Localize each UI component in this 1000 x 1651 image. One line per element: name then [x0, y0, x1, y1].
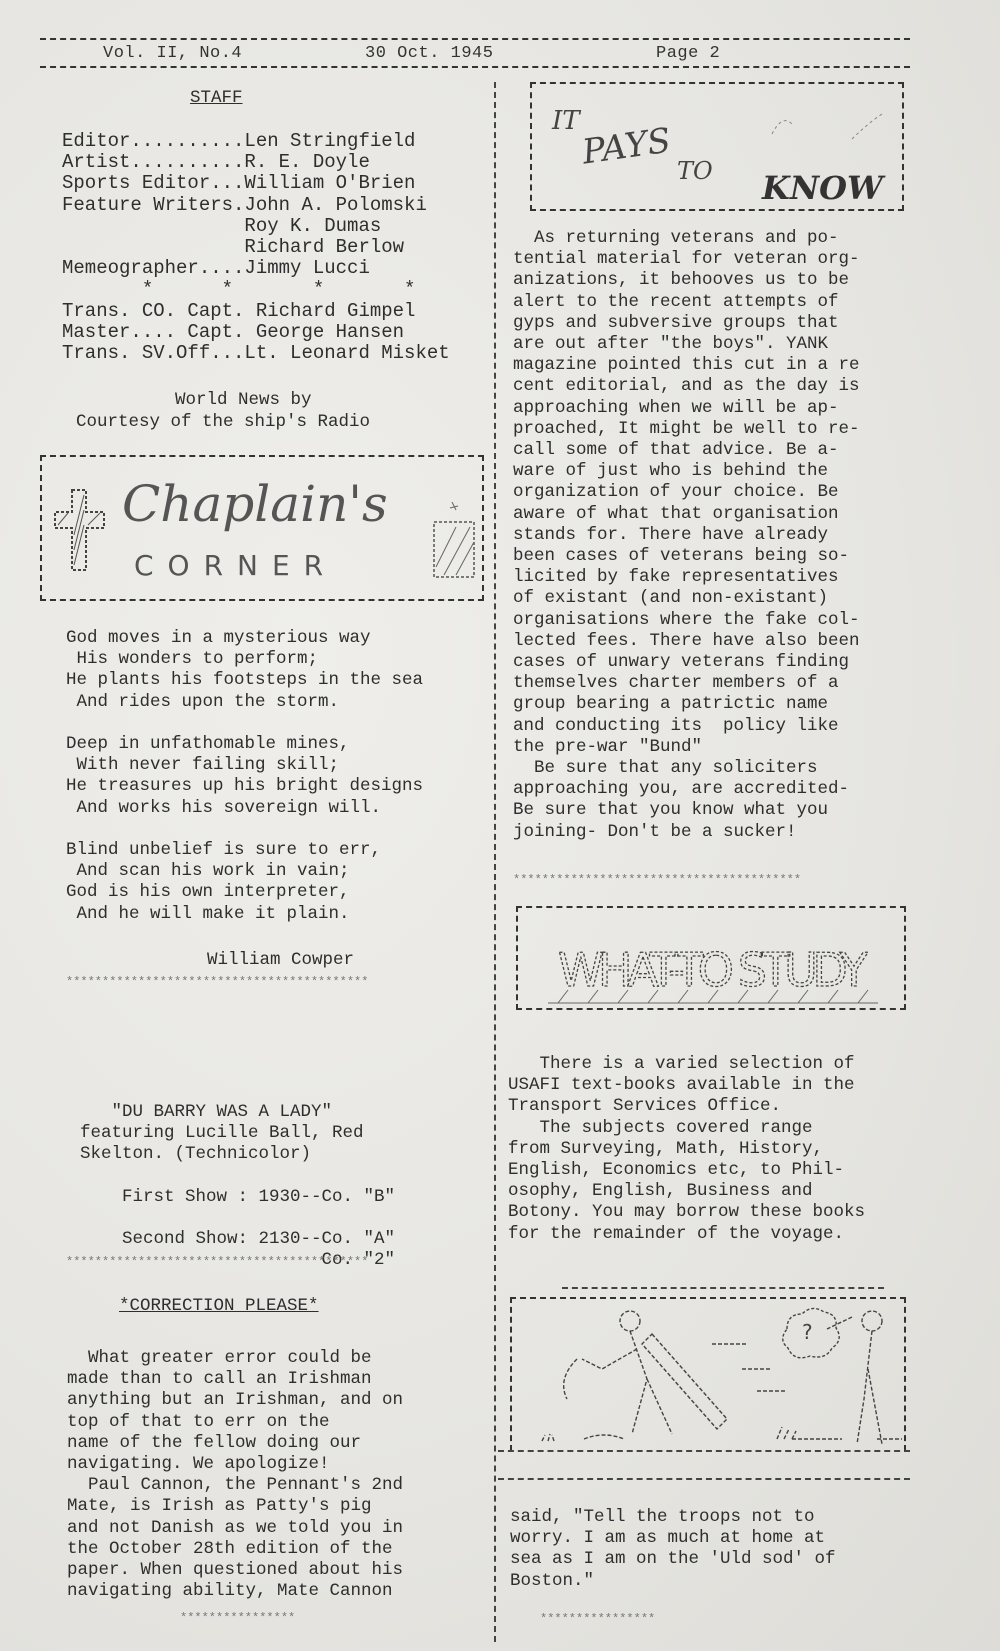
staff-heading: STAFF: [190, 88, 243, 108]
newsletter-page: Vol. II, No.4 30 Oct. 1945 Page 2 STAFF …: [0, 0, 1000, 1651]
poem-line: God is his own interpreter,: [66, 882, 350, 902]
veterans-article-line: call some of that advice. Be a-: [513, 440, 839, 460]
correction-line: What greater error could be: [67, 1348, 372, 1368]
movie-line: featuring Lucille Ball, Red: [80, 1123, 364, 1143]
study-article-line: USAFI text-books available in the: [508, 1075, 855, 1095]
poem-line: And works his sovereign will.: [66, 798, 381, 818]
poem-line: And rides upon the storm.: [66, 692, 339, 712]
svg-text:KNOW: KNOW: [761, 169, 886, 207]
poem-line: And he will make it plain.: [66, 904, 350, 924]
veterans-article-line: group bearing a patrictic name: [513, 694, 828, 714]
veterans-article-line: themselves charter members of a: [513, 673, 839, 693]
continuation-top-rule: [498, 1478, 910, 1480]
poem-author: William Cowper: [207, 950, 354, 970]
cartoon-drawing: ?: [512, 1299, 904, 1451]
banner-caps-text: CORNER: [134, 549, 337, 582]
staff-line: Sports Editor...William O'Brien: [62, 173, 415, 193]
veterans-article-line: lected fees. There have also been: [513, 631, 860, 651]
staff-line: Master.... Capt. George Hansen: [62, 322, 404, 342]
veterans-article-line: stands for. There have already: [513, 525, 828, 545]
poem-line: He treasures up his bright designs: [66, 776, 423, 796]
banner-script-text: Chaplain's: [122, 475, 388, 533]
veterans-article-line: been cases of veterans being so-: [513, 546, 849, 566]
staff-line: Memeographer....Jimmy Lucci: [62, 258, 370, 278]
continuation-line: worry. I am as much at home at: [510, 1528, 825, 1548]
veterans-article-line: organization of your choice. Be: [513, 482, 839, 502]
movie-line: Skelton. (Technicolor): [80, 1144, 311, 1164]
poem-line: Blind unbelief is sure to err,: [66, 840, 381, 860]
section-divider: ****************: [540, 1612, 800, 1626]
veterans-article-line: magazine pointed this cut in a re: [513, 355, 860, 375]
staff-line: Trans. SV.Off...Lt. Leonard Misket: [62, 343, 450, 363]
veterans-article-line: aware of what that organisation: [513, 504, 839, 524]
staff-line: Editor..........Len Stringfield: [62, 131, 415, 151]
svg-text:WHAT-TO STUDY: WHAT-TO STUDY: [558, 943, 869, 997]
veterans-article-line: proached, It might be well to re-: [513, 419, 860, 439]
veterans-article-line: alert to the recent attempts of: [513, 292, 839, 312]
poem-line: God moves in a mysterious way: [66, 628, 371, 648]
staff-line: * * * *: [62, 279, 415, 299]
correction-line: name of the fellow doing our: [67, 1433, 361, 1453]
correction-line: and not Danish as we told you in: [67, 1518, 403, 1538]
what-to-study-banner: WHAT-TO STUDY: [516, 906, 906, 1010]
veterans-article-line: tential material for veteran org-: [513, 249, 860, 269]
movie-line: "DU BARRY WAS A LADY": [80, 1102, 332, 1122]
veterans-article-line: and conducting its policy like: [513, 716, 839, 736]
correction-line: top of that to err on the: [67, 1412, 330, 1432]
veterans-article-line: anizations, it behooves us to be: [513, 270, 849, 290]
continuation-line: sea as I am on the 'Uld sod' of: [510, 1549, 836, 1569]
svg-text:IT: IT: [551, 106, 581, 136]
staff-line: Feature Writers.John A. Polomski: [62, 195, 427, 215]
thought-bubble-icon: ?: [783, 1308, 839, 1357]
section-divider: ****************************************: [513, 873, 918, 887]
veterans-article-line: the pre-war "Bund": [513, 737, 702, 757]
veterans-article-line: cases of unwary veterans finding: [513, 652, 849, 672]
study-article-line: There is a varied selection of: [508, 1054, 855, 1074]
staff-line: Richard Berlow: [62, 237, 404, 257]
veterans-article-line: cent editorial, and as the day is: [513, 376, 860, 396]
veterans-article-line: As returning veterans and po-: [513, 228, 839, 248]
veterans-article-line: joining- Don't be a sucker!: [513, 822, 797, 842]
poem-line: His wonders to perform;: [66, 649, 318, 669]
poem-line: He plants his footsteps in the sea: [66, 670, 423, 690]
radio-credit: Courtesy of the ship's Radio: [76, 412, 370, 432]
veterans-article-line: approaching you, are accredited-: [513, 779, 849, 799]
veterans-article-line: of existant (and non-existant): [513, 588, 828, 608]
volume-number: Vol. II, No.4: [103, 44, 242, 63]
section-divider: ****************: [180, 1611, 440, 1625]
correction-line: paper. When questioned about his: [67, 1560, 403, 1580]
correction-line: Mate, is Irish as Patty's pig: [67, 1496, 372, 1516]
movie-line: Second Show: 2130--Co. "A": [80, 1229, 395, 1249]
study-article-line: The subjects covered range: [508, 1118, 813, 1138]
it-pays-to-know-lettering: IT PAYS TO KNOW: [532, 84, 902, 209]
staff-line: Trans. CO. Capt. Richard Gimpel: [62, 301, 415, 321]
veterans-article-line: Be sure that you know what you: [513, 800, 828, 820]
page-number: Page 2: [656, 44, 720, 63]
cartoon-panel: ?: [510, 1297, 906, 1451]
cartoon-bottom-rule: [498, 1450, 910, 1452]
staff-line: Artist..........R. E. Doyle: [62, 152, 370, 172]
continuation-line: said, "Tell the troops not to: [510, 1507, 815, 1527]
study-article-line: osophy, English, Business and: [508, 1181, 813, 1201]
veterans-article-line: gyps and subversive groups that: [513, 313, 839, 333]
chaplains-corner-banner: Chaplain's CORNER: [40, 455, 484, 601]
masthead-bottom-rule: [40, 66, 910, 68]
cross-icon: [52, 485, 107, 575]
staff-line: Roy K. Dumas: [62, 216, 381, 236]
correction-line: navigating. We apologize!: [67, 1454, 330, 1474]
cartoon-top-rule: [562, 1287, 884, 1289]
study-article-line: English, Economics etc, to Phil-: [508, 1160, 844, 1180]
poem-line: Deep in unfathomable mines,: [66, 734, 350, 754]
issue-date: 30 Oct. 1945: [365, 44, 493, 63]
correction-line: navigating ability, Mate Cannon: [67, 1581, 393, 1601]
continuation-line: Boston.": [510, 1571, 594, 1591]
it-pays-to-know-banner: IT PAYS TO KNOW: [530, 82, 904, 211]
veterans-article-line: ware of just who is behind the: [513, 461, 828, 481]
section-divider: ****************************************…: [66, 1255, 476, 1269]
movie-line: First Show : 1930--Co. "B": [80, 1187, 395, 1207]
column-divider: [494, 82, 496, 1642]
masthead-top-rule: [40, 38, 910, 40]
study-article-line: Transport Services Office.: [508, 1096, 781, 1116]
study-article-line: Botony. You may borrow these books: [508, 1202, 865, 1222]
svg-text:TO: TO: [677, 157, 713, 185]
correction-line: the October 28th edition of the: [67, 1539, 393, 1559]
what-to-study-lettering: WHAT-TO STUDY: [518, 908, 904, 1008]
correction-line: Paul Cannon, the Pennant's 2nd: [67, 1475, 403, 1495]
veterans-article-line: approaching when we will be ap-: [513, 398, 839, 418]
veterans-article-line: organisations where the fake col-: [513, 610, 860, 630]
correction-heading: *CORRECTION PLEASE*: [119, 1296, 319, 1316]
poem-line: And scan his work in vain;: [66, 861, 350, 881]
svg-text:PAYS: PAYS: [579, 121, 673, 173]
veterans-article-line: are out after "the boys". YANK: [513, 334, 828, 354]
world-news-credit: World News by: [175, 390, 312, 410]
book-icon: [430, 497, 480, 582]
study-article-line: for the remainder of the voyage.: [508, 1224, 844, 1244]
poem-line: With never failing skill;: [66, 755, 339, 775]
section-divider: ****************************************…: [66, 975, 476, 989]
correction-line: made than to call an Irishman: [67, 1369, 372, 1389]
thought-bubble-text: ?: [802, 1320, 813, 1344]
veterans-article-line: Be sure that any soliciters: [513, 758, 818, 778]
correction-line: anything but an Irishman, and on: [67, 1390, 403, 1410]
veterans-article-line: licited by fake representatives: [513, 567, 839, 587]
study-article-line: from Surveying, Math, History,: [508, 1139, 823, 1159]
